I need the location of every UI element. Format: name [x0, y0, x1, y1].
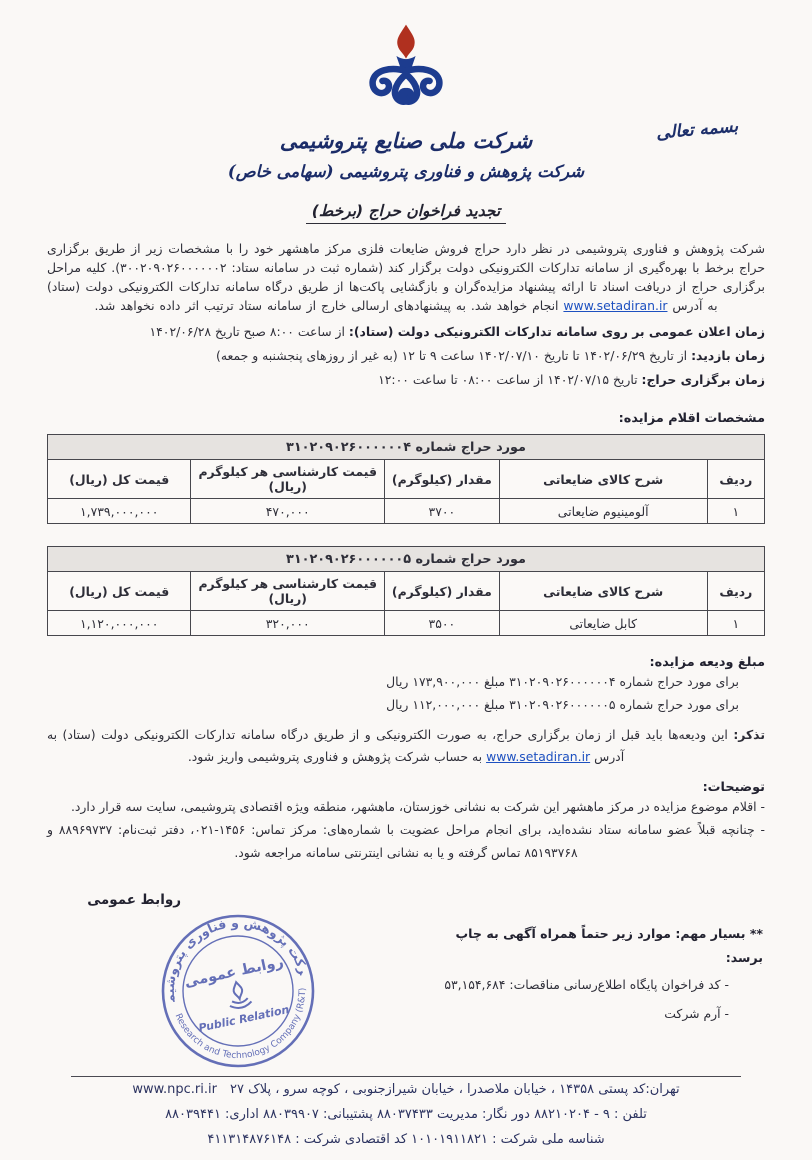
public-relations-stamp: شرکت پژوهش و فناوری پتروشیمی Research an…	[157, 910, 319, 1072]
cell-unit-price: ۴۷۰,۰۰۰	[191, 499, 385, 524]
col-header-quantity: مقدار (کیلوگرم)	[385, 572, 500, 611]
reminder-text-2: به حساب شرکت پژوهش و فناوری پتروشیمی وار…	[188, 749, 486, 764]
auction-2-title: مورد حراج شماره ۳۱۰۲۰۹۰۲۶۰۰۰۰۰۰۵	[48, 547, 765, 572]
footer-divider	[71, 1076, 741, 1077]
col-header-row-number: ردیف	[707, 572, 764, 611]
auction-table-2: مورد حراج شماره ۳۱۰۲۰۹۰۲۶۰۰۰۰۰۰۵ ردیف شر…	[47, 546, 765, 636]
important-item-tender-code: - کد فراخوان پایگاه اطلاع‌رسانی مناقصات:…	[418, 970, 763, 999]
cell-item-description: آلومینیوم ضایعاتی	[499, 499, 707, 524]
cell-total-price: ۱,۷۳۹,۰۰۰,۰۰۰	[48, 499, 191, 524]
footer-address-line: تهران:کد پستی ۱۴۳۵۸ ، خیابان ملاصدرا ، خ…	[47, 1078, 765, 1102]
deposit-section: برای مورد حراج شماره ۳۱۰۲۰۹۰۲۶۰۰۰۰۰۰۴ مب…	[47, 670, 765, 716]
table-header-row: ردیف شرح کالای ضایعاتی مقدار (کیلوگرم) ق…	[48, 572, 765, 611]
items-specs-heading: مشخصات اقلام مزایده:	[47, 411, 765, 426]
auction-table-1: مورد حراج شماره ۳۱۰۲۰۹۰۲۶۰۰۰۰۰۰۴ ردیف شر…	[47, 434, 765, 524]
deposit-line-2: برای مورد حراج شماره ۳۱۰۲۰۹۰۲۶۰۰۰۰۰۰۵ مب…	[47, 693, 765, 716]
stamp-mini-logo	[225, 980, 252, 1010]
explanation-item-2: - چنانچه قبلاً عضو سامانه ستاد نشده‌اید،…	[47, 818, 765, 864]
reminder-label: تذکر:	[733, 727, 765, 742]
npc-website-link[interactable]: www.npc.ri.ir	[132, 1082, 217, 1097]
explanation-item-1: - اقلام موضوع مزایده در مرکز ماهشهر این …	[47, 795, 765, 818]
document-page: بسمه تعالی شرکت ملی صنایع پتروشیمی شرکت …	[0, 0, 812, 1160]
cell-quantity: ۳۷۰۰	[385, 499, 500, 524]
public-relations-label: روابط عمومی	[87, 892, 181, 908]
footer-phones-line: تلفن : ۹ - ۸۸۲۱۰۲۰۴ دور نگار: مدیریت ۸۸۰…	[47, 1103, 765, 1127]
ornamental-scrollwork	[373, 69, 440, 102]
intro-text-2: انجام خواهد شد. به پیشنهادهای ارسالی خار…	[94, 298, 563, 313]
col-header-total-price: قیمت کل (ریال)	[48, 572, 191, 611]
visit-time-value: از تاریخ ۱۴۰۲/۰۶/۲۹ تا تاریخ ۱۴۰۲/۰۷/۱۰ …	[216, 348, 691, 363]
important-note-block: ** بسیار مهم: موارد زیر حتماً همراه آگهی…	[418, 922, 763, 1028]
col-header-item-description: شرح کالای ضایعاتی	[499, 460, 707, 499]
table-row: ۱ کابل ضایعاتی ۳۵۰۰ ۳۲۰,۰۰۰ ۱,۱۲۰,۰۰۰,۰۰…	[48, 611, 765, 636]
subsidiary-name-calligraphy: شرکت پژوهش و فناوری پتروشیمی (سهامی خاص)	[47, 162, 765, 181]
cell-item-description: کابل ضایعاتی	[499, 611, 707, 636]
cell-unit-price: ۳۲۰,۰۰۰	[191, 611, 385, 636]
col-header-quantity: مقدار (کیلوگرم)	[385, 460, 500, 499]
visit-time-label: زمان بازدید:	[691, 348, 765, 363]
important-item-company-logo: - آرم شرکت	[418, 999, 763, 1028]
visit-time-line: زمان بازدید: از تاریخ ۱۴۰۲/۰۶/۲۹ تا تاری…	[47, 344, 765, 368]
explanations-section: توضیحات: - اقلام موضوع مزایده در مرکز ما…	[47, 780, 765, 864]
setadiran-link-2[interactable]: www.setadiran.ir	[486, 749, 590, 764]
auction-time-label: زمان برگزاری حراج:	[642, 372, 765, 387]
announcement-time-line: زمان اعلان عمومی بر روی سامانه تدارکات ا…	[47, 320, 765, 344]
cell-total-price: ۱,۱۲۰,۰۰۰,۰۰۰	[48, 611, 191, 636]
announcement-time-value: از ساعت ۸:۰۰ صبح تاریخ ۱۴۰۲/۰۶/۲۸	[149, 324, 348, 339]
col-header-total-price: قیمت کل (ریال)	[48, 460, 191, 499]
footer-ids-line: شناسه ملی شرکت : ۱۰۱۰۱۹۱۱۸۲۱ کد اقتصادی …	[47, 1128, 765, 1152]
cell-quantity: ۳۵۰۰	[385, 611, 500, 636]
cell-row-number: ۱	[707, 499, 764, 524]
cell-row-number: ۱	[707, 611, 764, 636]
col-header-row-number: ردیف	[707, 460, 764, 499]
signature-area: روابط عمومی شرکت پژوهش و فناوری پتروشیمی…	[47, 864, 765, 1076]
col-header-unit-price: قیمت کارشناسی هر کیلوگرم (ریال)	[191, 460, 385, 499]
auction-1-title: مورد حراج شماره ۳۱۰۲۰۹۰۲۶۰۰۰۰۰۰۴	[48, 435, 765, 460]
stamp-ring-bottom-text: Research and Technology Company (R&T)	[172, 986, 319, 1072]
table-row: ۱ آلومینیوم ضایعاتی ۳۷۰۰ ۴۷۰,۰۰۰ ۱,۷۳۹,۰…	[48, 499, 765, 524]
petrochemical-torch-logo-icon	[347, 22, 465, 118]
setadiran-link[interactable]: www.setadiran.ir	[563, 298, 667, 313]
deposit-heading: مبلغ ودیعه مزایده:	[47, 655, 765, 670]
company-logo	[47, 22, 765, 122]
page-title: تجدید فراخوان حراج (برخط)	[306, 202, 506, 224]
footer-address-text: تهران:کد پستی ۱۴۳۵۸ ، خیابان ملاصدرا ، خ…	[230, 1082, 680, 1097]
flame-shape	[397, 25, 414, 59]
deposit-line-1: برای مورد حراج شماره ۳۱۰۲۰۹۰۲۶۰۰۰۰۰۰۴ مب…	[47, 670, 765, 693]
stamp-outer-ring	[157, 910, 319, 1072]
reminder-paragraph: تذکر: این ودیعه‌ها باید قبل از زمان برگز…	[47, 724, 765, 768]
auction-time-line: زمان برگزاری حراج: تاریخ ۱۴۰۲/۰۷/۱۵ از س…	[47, 368, 765, 392]
explanations-heading: توضیحات:	[47, 780, 765, 795]
important-heading: ** بسیار مهم: موارد زیر حتماً همراه آگهی…	[418, 922, 763, 970]
announcement-time-label: زمان اعلان عمومی بر روی سامانه تدارکات ا…	[349, 324, 765, 339]
schedule-section: زمان اعلان عمومی بر روی سامانه تدارکات ا…	[47, 320, 765, 392]
col-header-unit-price: قیمت کارشناسی هر کیلوگرم (ریال)	[191, 572, 385, 611]
footer-contact-block: تهران:کد پستی ۱۴۳۵۸ ، خیابان ملاصدرا ، خ…	[47, 1076, 765, 1152]
auction-time-value: تاریخ ۱۴۰۲/۰۷/۱۵ از ساعت ۰۸:۰۰ تا ساعت ۱…	[378, 372, 641, 387]
document-title-row: تجدید فراخوان حراج (برخط)	[47, 201, 765, 224]
table-header-row: ردیف شرح کالای ضایعاتی مقدار (کیلوگرم) ق…	[48, 460, 765, 499]
intro-paragraph: شرکت پژوهش و فناوری پتروشیمی در نظر دارد…	[47, 239, 765, 315]
col-header-item-description: شرح کالای ضایعاتی	[499, 572, 707, 611]
